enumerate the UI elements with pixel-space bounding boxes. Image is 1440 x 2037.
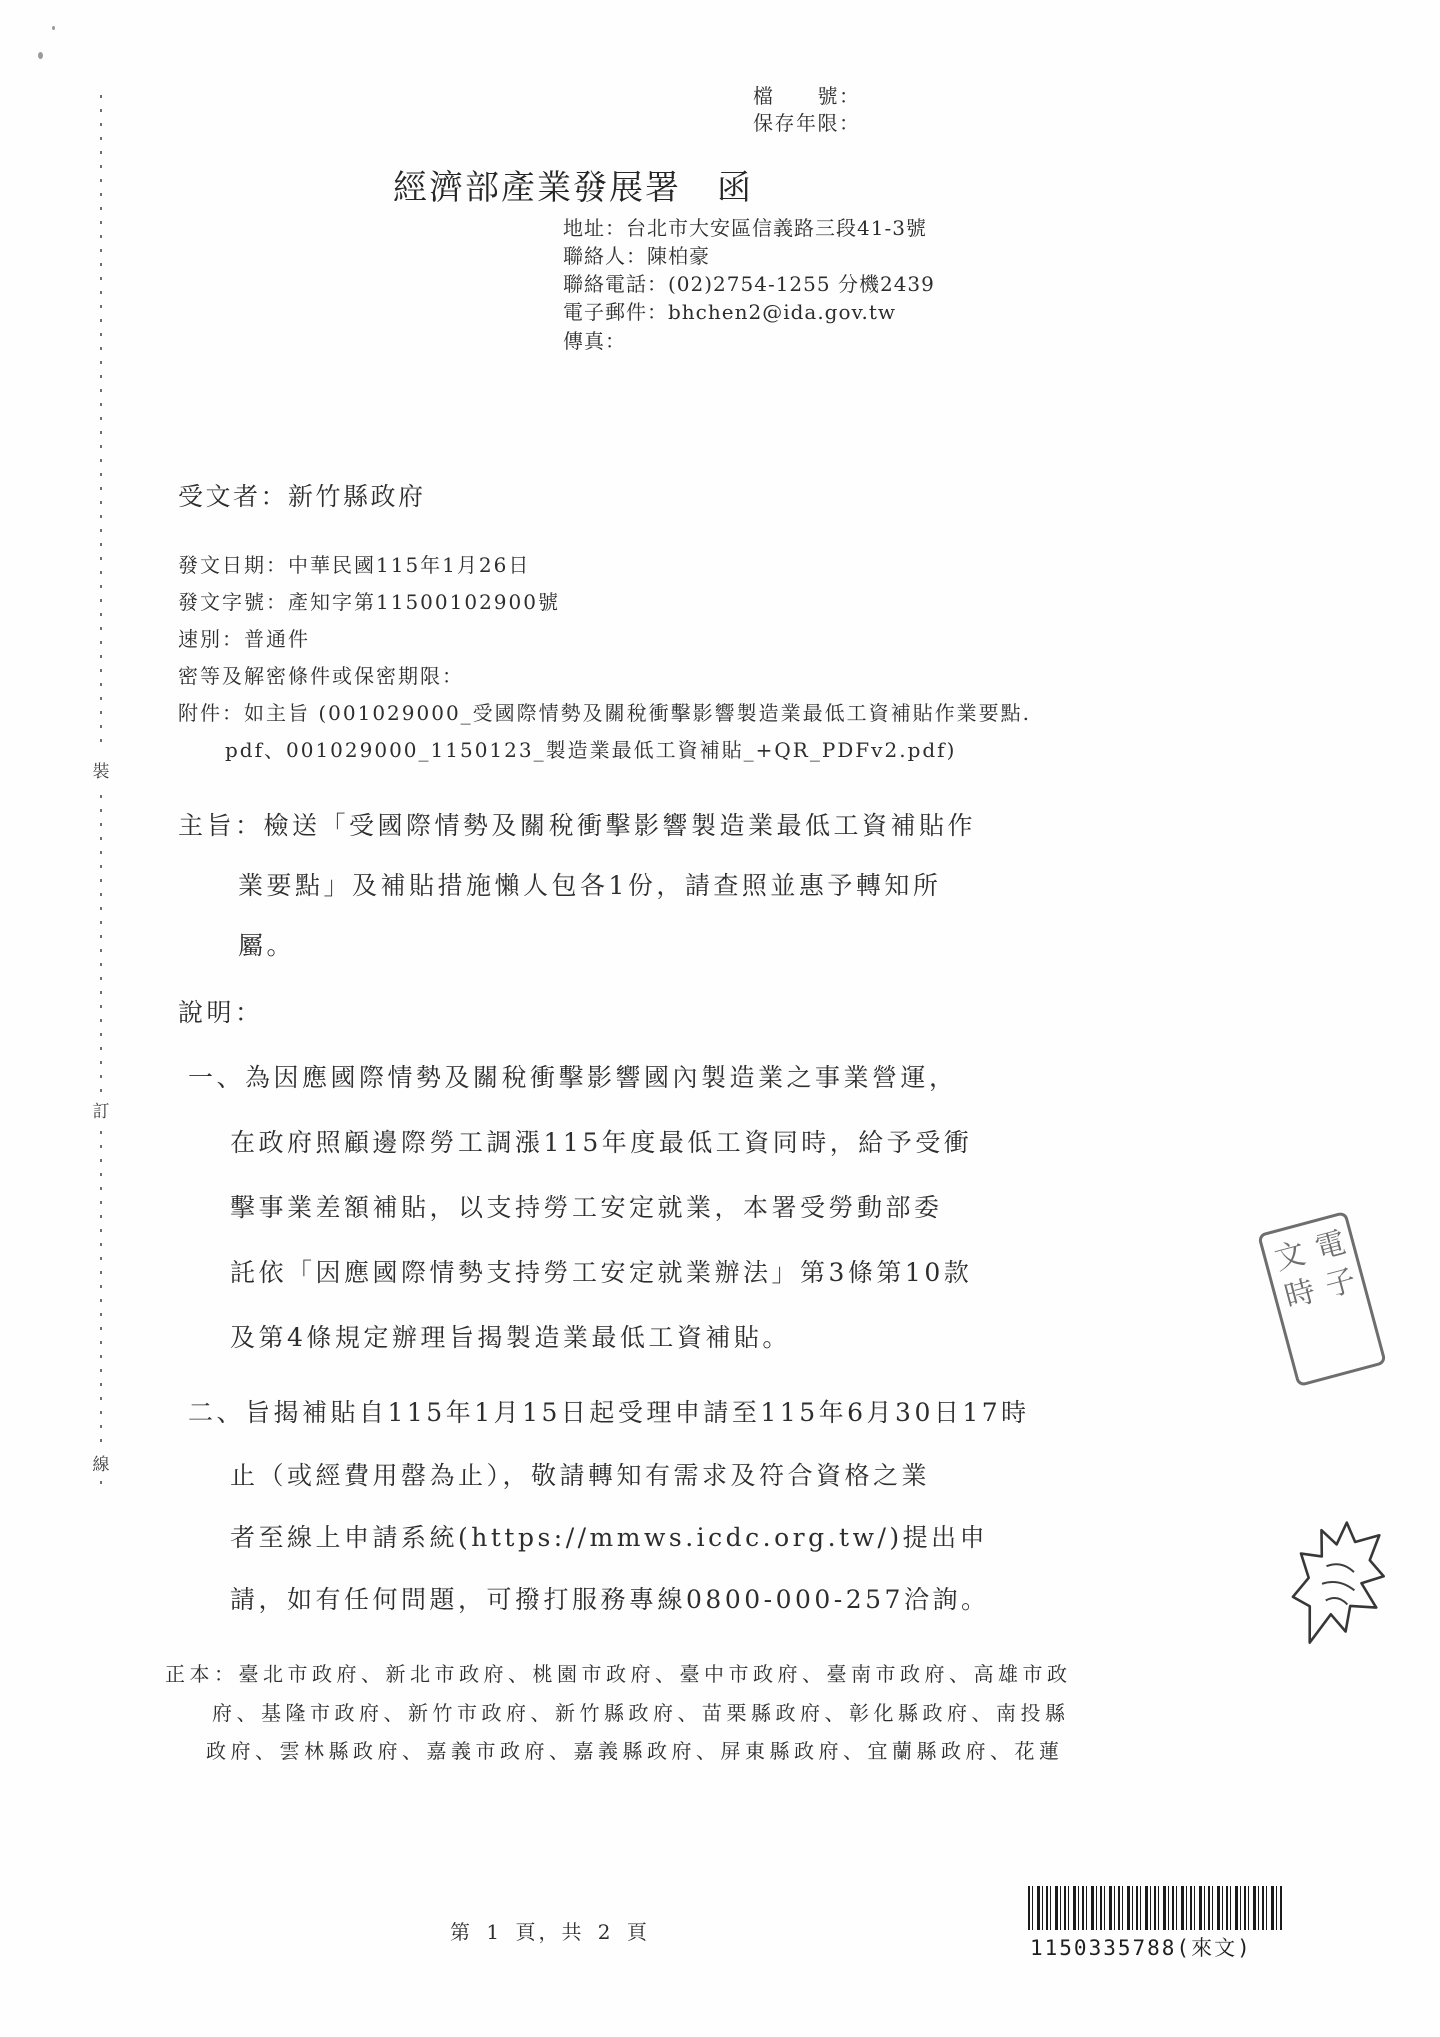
scan-artifact bbox=[52, 26, 55, 30]
explanation-item2-line1: 二、旨揭補貼自115年1月15日起受理申請至115年6月30日17時 bbox=[188, 1393, 1030, 1429]
binding-dotted-line bbox=[100, 95, 102, 1490]
subject-line-2: 業要點」及補貼措施懶人包各1份，請查照並惠予轉知所 bbox=[238, 866, 941, 902]
sender-email: 電子郵件：bhchen2@ida.gov.tw bbox=[563, 296, 896, 325]
archive-number-label: 檔 號： bbox=[753, 80, 861, 109]
explanation-item1-line3: 擊事業差額補貼，以支持勞工安定就業，本署受勞動部委 bbox=[230, 1188, 943, 1224]
retention-period-label: 保存年限： bbox=[753, 107, 861, 136]
explanation-heading: 說明： bbox=[178, 993, 264, 1029]
margin-mark-ding: 訂 bbox=[90, 1093, 112, 1126]
doc-number-line: 發文字號：產知字第11500102900號 bbox=[178, 586, 560, 615]
sender-contact: 聯絡人：陳柏豪 bbox=[563, 240, 710, 269]
explanation-item1-line2: 在政府照顧邊際勞工調漲115年度最低工資同時，給予受衝 bbox=[230, 1123, 972, 1159]
seal-stamp-icon bbox=[1283, 1512, 1393, 1657]
speed-class-line: 速別：普通件 bbox=[178, 623, 310, 652]
issue-date-line: 發文日期：中華民國115年1月26日 bbox=[178, 549, 530, 578]
barcode-number: 1150335788(來文) bbox=[1030, 1932, 1288, 1962]
subject-line-1: 主旨：檢送「受國際情勢及關稅衝擊影響製造業最低工資補貼作 bbox=[178, 806, 976, 842]
explanation-item2-line4: 請，如有任何問題，可撥打服務專線0800-000-257洽詢。 bbox=[230, 1580, 989, 1616]
recipient-line: 受文者：新竹縣政府 bbox=[178, 477, 426, 513]
sender-phone: 聯絡電話：(02)2754-1255 分機2439 bbox=[563, 268, 935, 297]
scan-artifact bbox=[38, 52, 43, 59]
electronic-exchange-stamp: 電子 文時 bbox=[1257, 1211, 1387, 1387]
margin-mark-zhuang: 裝 bbox=[90, 753, 112, 786]
explanation-item1-line5: 及第4條規定辦理旨揭製造業最低工資補貼。 bbox=[230, 1318, 791, 1354]
sender-fax: 傳真： bbox=[563, 325, 626, 354]
explanation-item2-line3: 者至線上申請系統(https://mmws.icdc.org.tw/)提出申 bbox=[230, 1518, 988, 1554]
document-title: 經濟部產業發展署 函 bbox=[393, 160, 753, 209]
copy-to-line2: 府、基隆市政府、新竹市政府、新竹縣政府、苗栗縣政府、彰化縣政府、南投縣 bbox=[212, 1697, 1070, 1726]
scanned-letter-page: 裝 訂 線 檔 號： 保存年限： 經濟部產業發展署 函 地址：台北市大安區信義路… bbox=[0, 0, 1440, 2037]
page-number: 第 1 頁，共 2 頁 bbox=[450, 1916, 650, 1945]
margin-mark-xian: 線 bbox=[90, 1446, 112, 1479]
explanation-item1-line4: 託依「因應國際情勢支持勞工安定就業辦法」第3條第10款 bbox=[230, 1253, 972, 1289]
explanation-item2-line2: 止（或經費用罄為止），敬請轉知有需求及符合資格之業 bbox=[230, 1456, 930, 1492]
security-class-line: 密等及解密條件或保密期限： bbox=[178, 660, 464, 689]
subject-line-3: 屬。 bbox=[238, 926, 295, 962]
copy-to-line3: 政府、雲林縣政府、嘉義市政府、嘉義縣政府、屏東縣政府、宜蘭縣政府、花蓮 bbox=[206, 1735, 1064, 1764]
copy-to-line1: 正本：臺北市政府、新北市政府、桃園市政府、臺中市政府、臺南市政府、高雄市政 bbox=[165, 1658, 1072, 1687]
attachment-line-1: 附件：如主旨 (001029000_受國際情勢及關稅衝擊影響製造業最低工資補貼作… bbox=[178, 697, 1031, 726]
explanation-item1-line1: 一、為因應國際情勢及關稅衝擊影響國內製造業之事業營運， bbox=[188, 1058, 958, 1094]
barcode bbox=[1028, 1886, 1284, 1930]
attachment-line-2: pdf、001029000_1150123_製造業最低工資補貼_+QR_PDFv… bbox=[225, 734, 956, 763]
sender-address: 地址：台北市大安區信義路三段41-3號 bbox=[563, 212, 927, 241]
